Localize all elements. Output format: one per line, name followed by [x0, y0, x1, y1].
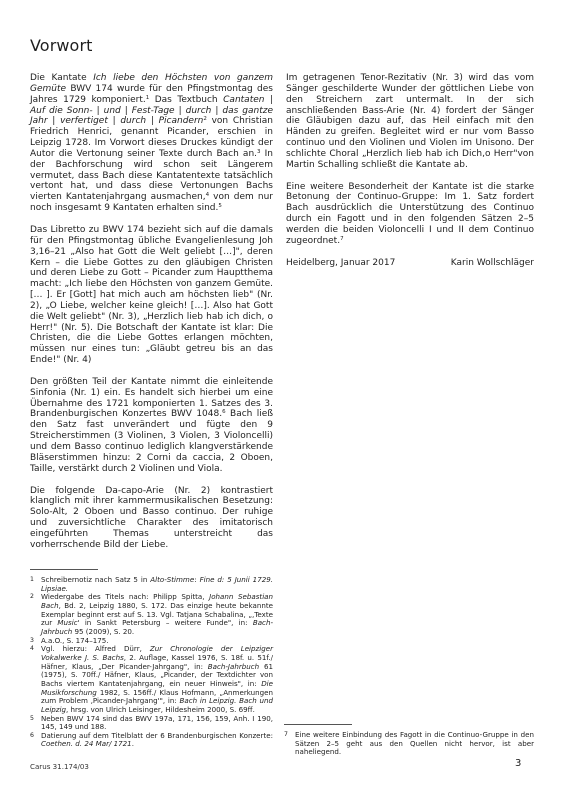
footnotes-right: 7 Eine weitere Einbindung des Fagott in …	[284, 731, 534, 757]
footnote-6: 6 Datierung auf dem Titelblatt der 6 Bra…	[30, 732, 273, 749]
footnote-number: 2	[30, 593, 41, 602]
text: Vgl. hierzu: Alfred Dürr,	[41, 644, 150, 653]
text: Wiedergabe des Titels nach: Philipp Spit…	[41, 592, 209, 601]
text-italic: Music	[57, 618, 77, 627]
paragraph-aria: Die folgende Da-capo-Arie (Nr. 2) kontra…	[30, 486, 273, 551]
footnote-text: Vgl. hierzu: Alfred Dürr, Zur Chronologi…	[41, 645, 273, 714]
footnote-text: Schreibernotiz nach Satz 5 in Alto-Stimm…	[41, 576, 273, 593]
footnote-number: 4	[30, 645, 41, 654]
footnote-2: 2 Wiedergabe des Titels nach: Philipp Sp…	[30, 593, 273, 636]
text: Das Textbuch	[149, 95, 223, 105]
left-column: Die Kantate Ich liebe den Höchsten von g…	[30, 73, 273, 562]
footnote-number: 1	[30, 576, 41, 585]
text: 95 (2009), S. 20.	[72, 627, 134, 636]
footnote-divider	[30, 569, 98, 570]
paragraph-recitative: Im getragenen Tenor-Rezitativ (Nr. 3) wi…	[286, 73, 534, 171]
right-column: Im getragenen Tenor-Rezitativ (Nr. 3) wi…	[286, 73, 534, 269]
place-date: Heidelberg, Januar 2017	[286, 258, 395, 269]
publisher-code: Carus 31.174/03	[30, 762, 89, 771]
text: Eine weitere Besonderheit der Kantate is…	[286, 182, 534, 246]
text: Datierung auf dem Titelblatt der 6 Brand…	[41, 731, 273, 740]
footnote-number: 3	[30, 637, 41, 646]
paragraph-continuo: Eine weitere Besonderheit der Kantate is…	[286, 182, 534, 247]
text-italic: Alto-Stimme	[150, 575, 194, 584]
footnote-number: 7	[284, 731, 295, 740]
footnote-5: 5 Neben BWV 174 sind das BWV 197a, 171, …	[30, 715, 273, 732]
text: Die Kantate	[30, 73, 93, 83]
text: .	[132, 739, 134, 748]
footnote-text: Neben BWV 174 sind das BWV 197a, 171, 15…	[41, 715, 273, 732]
footnote-1: 1 Schreibernotiz nach Satz 5 in Alto-Sti…	[30, 576, 273, 593]
signature: Heidelberg, Januar 2017 Karin Wollschläg…	[286, 258, 534, 269]
text-italic: Coethen. d. 24 Mar/ 1721	[41, 739, 132, 748]
page-number: 3	[515, 758, 521, 769]
footnote-text: Wiedergabe des Titels nach: Philipp Spit…	[41, 593, 273, 636]
paragraph-libretto: Das Libretto zu BWV 174 bezieht sich auf…	[30, 225, 273, 366]
footnote-7: 7 Eine weitere Einbindung des Fagott in …	[284, 731, 534, 757]
page-title: Vorwort	[30, 36, 93, 55]
footnote-number: 5	[30, 715, 41, 724]
footnote-4: 4 Vgl. hierzu: Alfred Dürr, Zur Chronolo…	[30, 645, 273, 714]
text-italic: Bach-Jahrbuch	[208, 662, 259, 671]
footnote-number: 6	[30, 732, 41, 741]
footnote-divider-right	[284, 724, 352, 725]
footnotes-left: 1 Schreibernotiz nach Satz 5 in Alto-Sti…	[30, 576, 273, 749]
footnote-text: Eine weitere Einbindung des Fagott in di…	[295, 731, 534, 757]
footnote-ref[interactable]: 7	[340, 236, 344, 242]
text: , hrsg. von Ulrich Leisinger, Hildesheim…	[66, 705, 255, 714]
text: Schreibernotiz nach Satz 5 in	[41, 575, 150, 584]
paragraph-sinfonia: Den größten Teil der Kantate nimmt die e…	[30, 377, 273, 475]
text: ' in Sankt Petersburg – weitere Funde", …	[78, 618, 253, 627]
author: Karin Wollschläger	[451, 258, 534, 269]
paragraph-intro: Die Kantate Ich liebe den Höchsten von g…	[30, 73, 273, 214]
footnote-ref[interactable]: 5	[218, 203, 222, 209]
footnote-text: Datierung auf dem Titelblatt der 6 Brand…	[41, 732, 273, 749]
